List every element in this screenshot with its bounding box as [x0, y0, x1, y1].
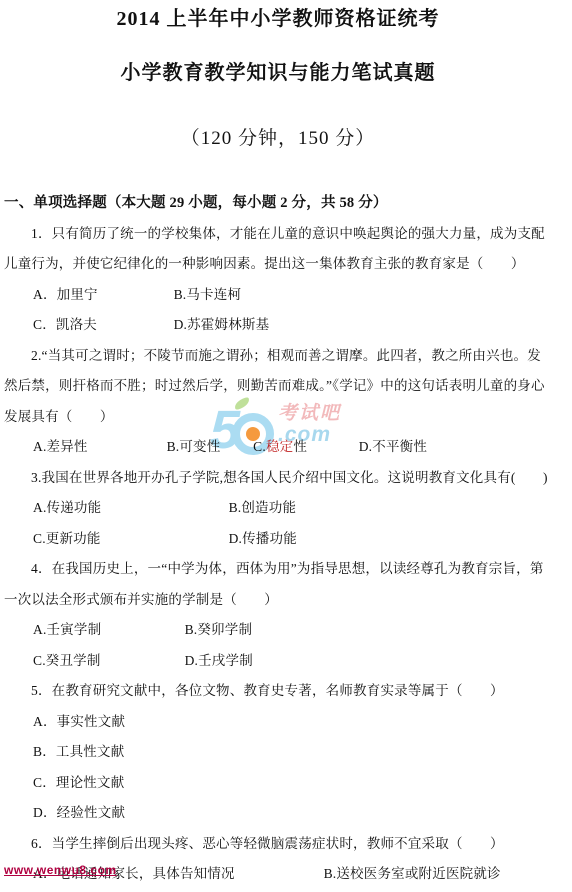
q4-option-a: A.壬寅学制: [33, 615, 181, 646]
q2-option-row: A.差异性 B.可变性 C.稳定性 D.不平衡性: [33, 432, 552, 463]
q3-option-row-1: A.传递功能 B.创造功能: [33, 493, 552, 524]
q3-option-a: A.传递功能: [33, 493, 225, 524]
q3-option-row-2: C.更新功能 D.传播功能: [33, 524, 552, 555]
q2-option-c-suffix: 性: [293, 439, 307, 454]
q4-option-b: B.癸卯学制: [185, 615, 253, 646]
doc-title-line2: 小学教育教学知识与能力笔试真题: [4, 60, 552, 86]
q5-option-d: D．经验性文献: [33, 798, 125, 829]
q5-option-b-row: B．工具性文献: [33, 737, 552, 768]
q3-option-b: B.创造功能: [229, 493, 297, 524]
doc-title-line1: 2014 上半年中小学教师资格证统考: [4, 6, 552, 32]
document-content: 2014 上半年中小学教师资格证统考 小学教育教学知识与能力笔试真题 （120 …: [4, 6, 552, 890]
question-4-text: 4．在我国历史上，一“中学为体，西体为用”为指导思想，以读经尊孔为教育宗旨，第一…: [4, 554, 552, 615]
q5-option-a-row: A．事实性文献: [33, 707, 552, 738]
section-heading: 一、单项选择题（本大题 29 小题，每小题 2 分，共 58 分）: [4, 188, 552, 219]
q1-option-a: A．加里宁: [33, 280, 170, 311]
q4-option-d: D.壬戌学制: [185, 646, 253, 677]
question-5-text: 5．在教育研究文献中，各位文物、教育史专著，名师教育实录等属于（ ）: [4, 676, 552, 707]
q1-option-d: D.苏霍姆林斯基: [174, 310, 270, 341]
q3-option-d: D.传播功能: [229, 524, 297, 555]
q1-option-b: B.马卡连柯: [174, 280, 242, 311]
q5-option-c: C．理论性文献: [33, 768, 124, 799]
q1-option-row-1: A．加里宁 B.马卡连柯: [33, 280, 552, 311]
q2-option-d: D.不平衡性: [359, 432, 427, 463]
q3-option-c: C.更新功能: [33, 524, 225, 555]
doc-duration-score: （120 分钟，150 分）: [4, 126, 552, 152]
q5-option-a: A．事实性文献: [33, 707, 125, 738]
q6-option-b: B.送校医务室或附近医院就诊: [324, 859, 501, 890]
q1-option-c: C．凯洛夫: [33, 310, 170, 341]
q2-option-c-prefix: C.: [253, 439, 266, 454]
q2-option-c-highlight: 稳定: [266, 439, 293, 454]
question-2-text: 2.“当其可之谓时；不陵节而施之谓孙；相观而善之谓摩。此四者，教之所由兴也。发然…: [4, 341, 552, 433]
q4-option-row-1: A.壬寅学制 B.癸卯学制: [33, 615, 552, 646]
q2-option-c: C.稳定性: [253, 432, 355, 463]
question-3-text: 3.我国在世界各地开办孔子学院,想各国人民介绍中国文化。这说明教育文化具有( ): [4, 463, 552, 494]
question-6-text: 6．当学生摔倒后出现头疼、恶心等轻微脑震荡症状时，教师不宜采取（ ）: [4, 829, 552, 860]
q2-option-b: B.可变性: [167, 432, 250, 463]
q5-option-c-row: C．理论性文献: [33, 768, 552, 799]
q2-option-a: A.差异性: [33, 432, 163, 463]
q5-option-b: B．工具性文献: [33, 737, 124, 768]
q1-option-row-2: C．凯洛夫 D.苏霍姆林斯基: [33, 310, 552, 341]
exam-document-page: 5 考试吧 .com 2014 上半年中小学教师资格证统考 小学教育教学知识与能…: [0, 0, 572, 892]
q4-option-c: C.癸丑学制: [33, 646, 181, 677]
q4-option-row-2: C.癸丑学制 D.壬戌学制: [33, 646, 552, 677]
q5-option-d-row: D．经验性文献: [33, 798, 552, 829]
site-url-watermark: www.wenwu8.com: [4, 863, 117, 877]
question-1-text: 1．只有简历了统一的学校集体，才能在儿童的意识中唤起舆论的强大力量，成为支配儿童…: [4, 219, 552, 280]
